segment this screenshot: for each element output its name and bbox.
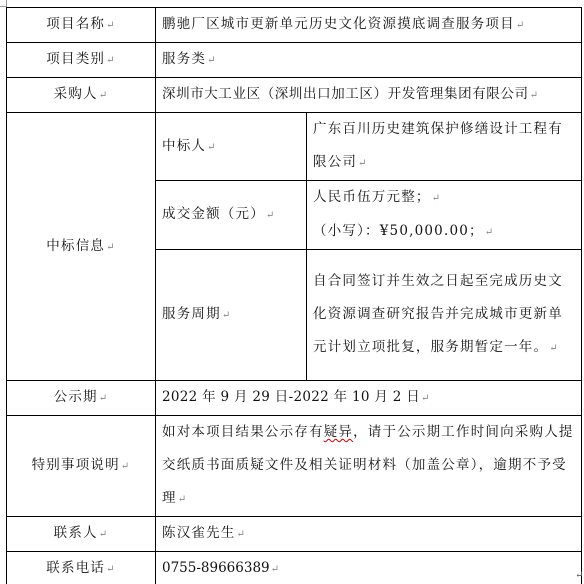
amount-label: 成交金额（元）↵ bbox=[156, 181, 307, 250]
project-category-label: 项目类别↵ bbox=[7, 43, 156, 78]
table-row-notice-period: 公示期↵ 2022 年 9 月 29 日-2022 年 10 月 2 日↵ bbox=[7, 381, 582, 416]
spellcheck-squiggle: 疑异 bbox=[324, 424, 353, 440]
amount-figures: （小写）：¥50,000.00；↵ bbox=[313, 215, 575, 249]
amount-value: 人民币伍万元整；↵ （小写）：¥50,000.00；↵ bbox=[307, 181, 582, 250]
table-row-winner: 中标信息↵ 中标人↵ 广东百川历史建筑保护修缮设计工程有限公司↵ bbox=[7, 113, 582, 181]
service-period-value: 自合同签订并生效之日起至完成历史文化资源调查研究报告并完成城市更新单元计划立项批… bbox=[307, 250, 582, 381]
notice-period-label: 公示期↵ bbox=[7, 381, 156, 416]
table-row-special-notes: 特别事项说明↵ 如对本项目结果公示存有疑异，请于公示期工作时间向采购人提交纸质书… bbox=[7, 416, 582, 517]
notice-period-value: 2022 年 9 月 29 日-2022 年 10 月 2 日↵ bbox=[156, 381, 582, 416]
special-notes-value: 如对本项目结果公示存有疑异，请于公示期工作时间向采购人提交纸质书面质疑文件及相关… bbox=[156, 416, 582, 517]
table-row-contact: 联系人↵ 陈汉雀先生↵ bbox=[7, 517, 582, 552]
winner-value: 广东百川历史建筑保护修缮设计工程有限公司↵ bbox=[307, 113, 582, 181]
winner-label: 中标人↵ bbox=[156, 113, 307, 181]
project-name-label: 项目名称↵ bbox=[7, 8, 156, 43]
purchaser-label: 采购人↵ bbox=[7, 78, 156, 113]
table-row-project-category: 项目类别↵ 服务类↵ bbox=[7, 43, 582, 78]
project-category-value: 服务类↵ bbox=[156, 43, 582, 78]
amount-words: 人民币伍万元整；↵ bbox=[313, 181, 575, 215]
award-info-label: 中标信息↵ bbox=[7, 113, 156, 381]
table-row-project-name: 项目名称↵ 鹏驰厂区城市更新单元历史文化资源摸底调查服务项目↵ bbox=[7, 8, 582, 43]
table-row-purchaser: 采购人↵ 深圳市大工业区（深圳出口加工区）开发管理集团有限公司↵ bbox=[7, 78, 582, 113]
project-name-value: 鹏驰厂区城市更新单元历史文化资源摸底调查服务项目↵ bbox=[156, 8, 582, 43]
service-period-label: 服务周期↵ bbox=[156, 250, 307, 381]
table-row-phone: 联系电话↵ 0755-89666389↵ bbox=[7, 552, 582, 584]
special-notes-label: 特别事项说明↵ bbox=[7, 416, 156, 517]
phone-label: 联系电话↵ bbox=[7, 552, 156, 584]
contact-value: 陈汉雀先生↵ bbox=[156, 517, 582, 552]
contact-label: 联系人↵ bbox=[7, 517, 156, 552]
announcement-table: 项目名称↵ 鹏驰厂区城市更新单元历史文化资源摸底调查服务项目↵ 项目类别↵ 服务… bbox=[6, 7, 582, 584]
page-corner-mark bbox=[0, 0, 7, 7]
purchaser-value: 深圳市大工业区（深圳出口加工区）开发管理集团有限公司↵ bbox=[156, 78, 582, 113]
phone-value: 0755-89666389↵ bbox=[156, 552, 582, 584]
paragraph-mark-icon: ↵ bbox=[575, 570, 583, 581]
